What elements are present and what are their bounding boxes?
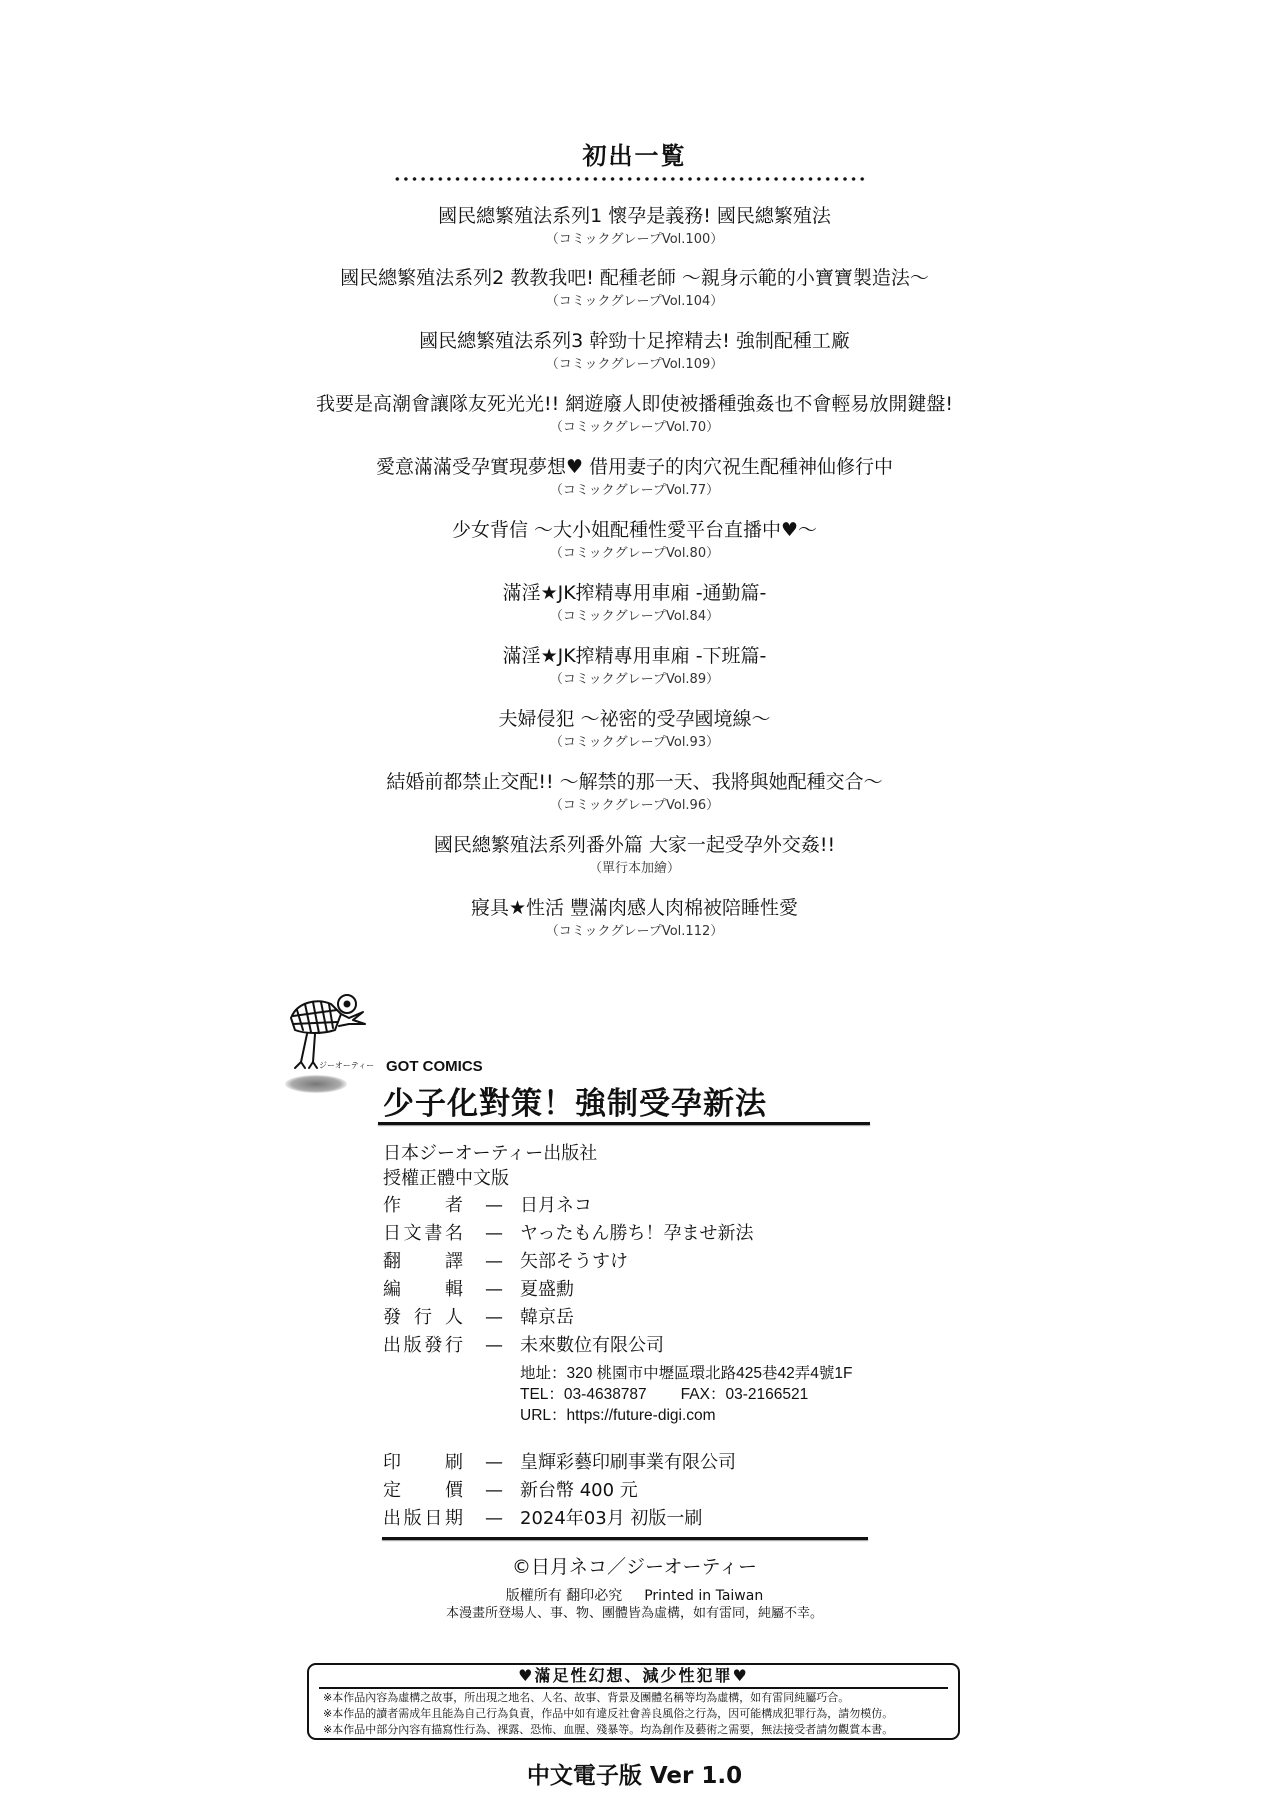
notice-box: ♥滿足性幻想、減少性犯罪♥ ※本作品內容為虛構之故事，所出現之地名、人名、故事、… (307, 1663, 960, 1740)
notice-lines: ※本作品內容為虛構之故事，所出現之地名、人名、故事、背景及團體名稱等均為虛構，如… (323, 1690, 893, 1738)
credit-value: 夏盛勳 (520, 1278, 574, 1302)
list-item: 國民總繁殖法系列3 幹勁十足搾精去! 強制配種工廠 （コミックグレープVol.1… (0, 329, 1269, 374)
credit-value: ヤったもん勝ち！孕ませ新法 (520, 1222, 753, 1246)
publisher-jp: 日本ジーオーティー出版社 (383, 1143, 597, 1165)
list-item: 夫婦侵犯 ～祕密的受孕國境線～ （コミックグレープVol.93） (0, 707, 1269, 752)
dash: — (485, 1306, 503, 1330)
notice-divider (319, 1687, 948, 1689)
publisher-address: 地址：320 桃園市中壢區環北路425巷42弄4號1F (520, 1364, 852, 1384)
credit-label: 編輯 (383, 1278, 463, 1302)
print-value: 2024年03月 初版一刷 (520, 1507, 702, 1531)
dash: — (485, 1194, 503, 1218)
publisher-fax: FAX：03-2166521 (681, 1386, 809, 1403)
entry-source: （コミックグレープVol.96） (0, 797, 1269, 815)
logo-shadow (285, 1075, 347, 1093)
entry-title: 結婚前都禁止交配!! ～解禁的那一天、我將與她配種交合～ (0, 770, 1269, 794)
entry-source: （コミックグレープVol.104） (0, 293, 1269, 311)
print-label: 印刷 (383, 1451, 463, 1475)
dash: — (485, 1250, 503, 1274)
list-item: 國民總繁殖法系列2 教教我吧! 配種老師 ～親身示範的小寶寶製造法～ （コミック… (0, 266, 1269, 311)
version-label: 中文電子版 Ver 1.0 (0, 1757, 1269, 1790)
list-item: 國民總繁殖法系列1 懷孕是義務! 國民總繁殖法 （コミックグレープVol.100… (0, 204, 1269, 249)
print-label: 定價 (383, 1479, 463, 1503)
entry-title: 國民總繁殖法系列番外篇 大家一起受孕外交姦!! (0, 833, 1269, 857)
entry-title: 國民總繁殖法系列2 教教我吧! 配種老師 ～親身示範的小寶寶製造法～ (0, 266, 1269, 290)
list-item: 我要是高潮會讓隊友死光光!! 網遊廢人即使被播種強姦也不會輕易放開鍵盤! （コミ… (0, 392, 1269, 437)
list-item: 滿淫★JK搾精專用車廂 -通勤篇- （コミックグレープVol.84） (0, 581, 1269, 626)
notice-line: ※本作品的讀者需成年且能為自己行為負責，作品中如有違反社會善良風俗之行為，因可能… (323, 1706, 893, 1722)
entry-source: （コミックグレープVol.93） (0, 734, 1269, 752)
bird-logo-icon: ジーオーティー (283, 990, 383, 1090)
notice-title: ♥滿足性幻想、減少性犯罪♥ (309, 1665, 958, 1687)
entry-title: 少女背信 ～大小姐配種性愛平台直播中♥～ (0, 518, 1269, 542)
list-item: 國民總繁殖法系列番外篇 大家一起受孕外交姦!! （單行本加繪） (0, 833, 1269, 878)
list-item: 愛意滿滿受孕實現夢想♥ 借用妻子的肉穴祝生配種神仙修行中 （コミックグレープVo… (0, 455, 1269, 500)
fiction-disclaimer: 本漫畫所登場人、事、物、團體皆為虛構，如有雷同，純屬不幸。 (0, 1605, 1269, 1623)
print-value: 新台幣 400 元 (520, 1479, 638, 1503)
entry-source: （コミックグレープVol.70） (0, 419, 1269, 437)
dash: — (485, 1334, 503, 1358)
imprint-label: GOT COMICS (386, 1058, 483, 1075)
list-item: 結婚前都禁止交配!! ～解禁的那一天、我將與她配種交合～ （コミックグレープVo… (0, 770, 1269, 815)
credit-value: 矢部そうすけ (520, 1250, 628, 1274)
colophon-bottom-rule (382, 1537, 868, 1540)
title-underline (378, 1122, 870, 1125)
entry-title: 國民總繁殖法系列1 懷孕是義務! 國民總繁殖法 (0, 204, 1269, 228)
entry-source: （コミックグレープVol.100） (0, 231, 1269, 249)
dash: — (485, 1507, 503, 1531)
book-title: 少子化對策！強制受孕新法 (383, 1078, 767, 1123)
publisher-tel: TEL：03-4638787 (520, 1386, 647, 1403)
entry-source: （單行本加繪） (0, 860, 1269, 878)
print-label: 出版日期 (383, 1507, 463, 1531)
credit-label: 日文書名 (383, 1222, 463, 1246)
entry-title: 國民總繁殖法系列3 幹勁十足搾精去! 強制配種工廠 (0, 329, 1269, 353)
entry-title: 滿淫★JK搾精專用車廂 -下班篇- (0, 644, 1269, 668)
credit-label: 翻譯 (383, 1250, 463, 1274)
list-item: 少女背信 ～大小姐配種性愛平台直播中♥～ （コミックグレープVol.80） (0, 518, 1269, 563)
license-note: 授權正體中文版 (383, 1168, 509, 1190)
entry-source: （コミックグレープVol.112） (0, 923, 1269, 941)
dash: — (485, 1479, 503, 1503)
credit-label: 出版發行 (383, 1334, 463, 1358)
dotted-divider (393, 176, 867, 182)
publisher-url: URL：https://future-digi.com (520, 1406, 716, 1426)
entry-title: 滿淫★JK搾精專用車廂 -通勤篇- (0, 581, 1269, 605)
entry-title: 夫婦侵犯 ～祕密的受孕國境線～ (0, 707, 1269, 731)
entry-source: （コミックグレープVol.109） (0, 356, 1269, 374)
credit-label: 作者 (383, 1194, 463, 1218)
notice-line: ※本作品中部分內容有描寫性行為、裸露、恐怖、血腥、殘暴等。均為創作及藝術之需要，… (323, 1722, 893, 1738)
entry-source: （コミックグレープVol.89） (0, 671, 1269, 689)
entry-source: （コミックグレープVol.80） (0, 545, 1269, 563)
list-item: 滿淫★JK搾精專用車廂 -下班篇- （コミックグレープVol.89） (0, 644, 1269, 689)
logo-caption: ジーオーティー (319, 1061, 374, 1070)
notice-line: ※本作品內容為虛構之故事，所出現之地名、人名、故事、背景及團體名稱等均為虛構，如… (323, 1690, 893, 1706)
dash: — (485, 1278, 503, 1302)
credit-value: 韓京岳 (520, 1306, 574, 1330)
print-value: 皇輝彩藝印刷事業有限公司 (520, 1451, 736, 1475)
entry-source: （コミックグレープVol.77） (0, 482, 1269, 500)
printed-in: Printed in Taiwan (644, 1588, 763, 1604)
copyright-line: ©日月ネコ／ジーオーティー (0, 1552, 1269, 1579)
rights-reserved: 版權所有 翻印必究 (506, 1588, 622, 1604)
rights-line: 版權所有 翻印必究Printed in Taiwan (0, 1587, 1269, 1605)
entry-source: （コミックグレープVol.84） (0, 608, 1269, 626)
entry-title: 愛意滿滿受孕實現夢想♥ 借用妻子的肉穴祝生配種神仙修行中 (0, 455, 1269, 479)
credit-label: 發行人 (383, 1306, 463, 1330)
publisher-phone-fax: TEL：03-4638787FAX：03-2166521 (520, 1385, 808, 1405)
entry-title: 我要是高潮會讓隊友死光光!! 網遊廢人即使被播種強姦也不會輕易放開鍵盤! (0, 392, 1269, 416)
entry-title: 寢具★性活 豐滿肉感人肉棉被陪睡性愛 (0, 896, 1269, 920)
dash: — (485, 1451, 503, 1475)
credit-value: 日月ネコ (520, 1194, 592, 1218)
page-heading: 初出一覧 (0, 136, 1269, 171)
credit-value: 未來數位有限公司 (520, 1334, 664, 1358)
dash: — (485, 1222, 503, 1246)
list-item: 寢具★性活 豐滿肉感人肉棉被陪睡性愛 （コミックグレープVol.112） (0, 896, 1269, 941)
